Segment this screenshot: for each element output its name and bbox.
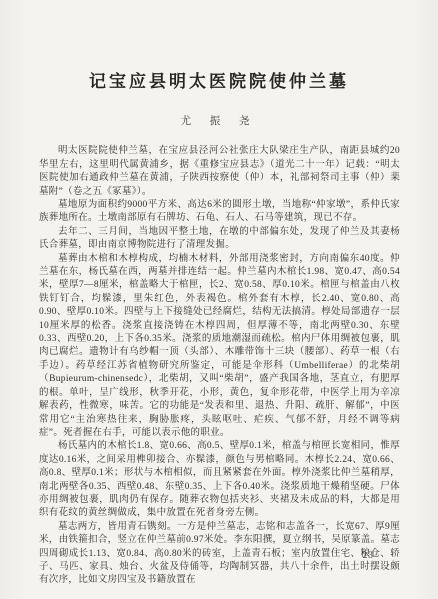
- article-body: 明太医院院使仲兰墓，在宝应县泾河公社张庄大队梁庄生产队，南距县城约20华里左右，…: [0, 145, 438, 587]
- paragraph: 明太医院院使仲兰墓，在宝应县泾河公社张庄大队梁庄生产队，南距县城约20华里左右，…: [39, 145, 400, 199]
- page-number: 23: [363, 551, 375, 561]
- document-page: 记宝应县明太医院院使仲兰墓 尤 振 尧 明太医院院使仲兰墓，在宝应县泾河公社张庄…: [0, 0, 438, 599]
- paragraph: 去年二、三月间，当地因平整土地，在墩的中部偏东处，发现了仲兰及其妻杨氏合葬墓，即…: [39, 226, 400, 253]
- paragraph: 墓志两方，皆用青石镌刻。一方是仲兰墓志，志铭和志盖各一，长宽67、厚9厘米，由铁…: [39, 521, 400, 588]
- paragraph: 墓地原为面积约9000平方米、高达6米的圆形土墩，当地称“仲家墩”，系仲氏家族葬…: [39, 199, 400, 226]
- author-name: 尤 振 尧: [0, 113, 438, 128]
- paragraph: 杨氏墓内的木棺长1.8、宽0.66、高0.5、壁厚0.1米，棺盖与棺匣长宽相同，…: [39, 440, 400, 520]
- paragraph: 墓葬由木棺和木椁构成，均楠木材料，外部用浇浆密封，方向南偏东40度。仲兰墓在东，…: [39, 253, 400, 441]
- page-title: 记宝应县明太医院院使仲兰墓: [0, 0, 438, 92]
